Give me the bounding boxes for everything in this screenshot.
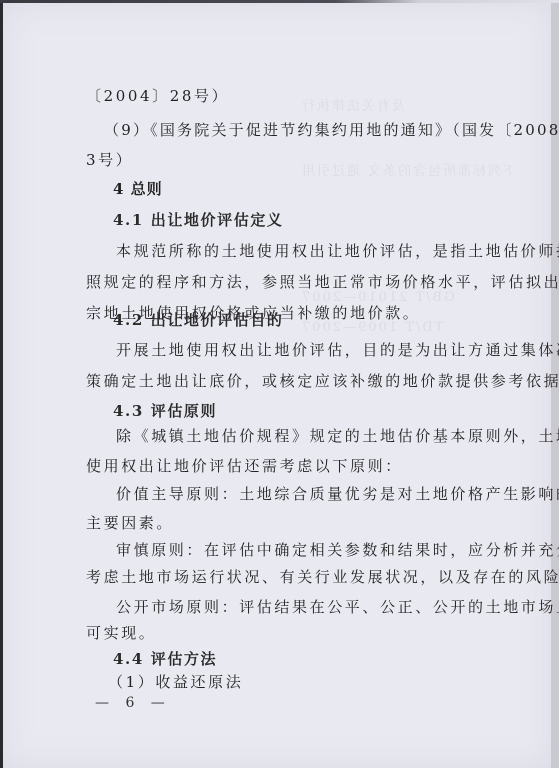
text-line: 考虑土地市场运行状况、有关行业发展状况，以及存在的风险。 [86,566,559,587]
subsection-heading: 4.4 评估方法 [113,648,217,669]
bleed-through-text: 及有关法律执行 [300,95,405,114]
text-line: 公开市场原则：评估结果在公平、公正、公开的土地市场上 [116,596,559,617]
page-number: — 6 — [95,695,171,711]
text-line: 使用权出让地价评估还需考虑以下原则： [86,455,403,476]
section-heading: 4 总则 [113,178,163,199]
text-line: 策确定土地出让底价，或核定应该补缴的地价款提供参考依据。 [86,370,559,391]
text-line: 3号） [86,149,133,170]
text-line: （9）《国务院关于促进节约集约用地的通知》（国发〔2008〕 [104,119,559,140]
text-line: 开展土地使用权出让地价评估，目的是为出让方通过集体决 [116,339,559,360]
text-line: 可实现。 [86,622,156,643]
text-line: 审慎原则：在评估中确定相关参数和结果时，应分析并充分 [116,539,559,560]
subsection-heading: 4.2 出让地价评估目的 [113,309,284,330]
text-line: 本规范所称的土地使用权出让地价评估，是指土地估价师按 [116,240,559,261]
subsection-heading: 4.1 出让地价评估定义 [113,209,284,230]
text-line: 照规定的程序和方法，参照当地正常市场价格水平，评估拟出让 [86,271,559,292]
text-line: 除《城镇土地估价规程》规定的土地估价基本原则外，土地 [116,425,559,446]
bleed-through-text: 下列标准所包含的条文 通过引用 [300,160,516,179]
text-line: 〔2004〕28号） [86,85,229,106]
text-line: 主要因素。 [86,512,174,533]
method-item: （1）收益还原法 [108,671,243,692]
text-line: 价值主导原则：土地综合质量优劣是对土地价格产生影响的 [116,483,559,504]
subsection-heading: 4.3 评估原则 [113,400,217,421]
